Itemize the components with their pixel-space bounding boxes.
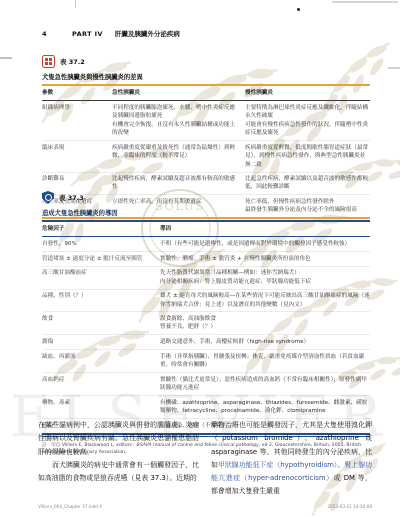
table-37-2-caption: 表 37.2 [42, 55, 370, 68]
column-header: 慢性胰臟炎 [245, 89, 370, 97]
cell-chronic: 比起急性疾病，酵素試驗以及超音波的敏感性都較低，因此較難診斷 [245, 175, 370, 192]
body-right-column: 藥物治療也可能是觸發因子，尤其是犬隻使用溴化鉀（potassium bromid… [211, 419, 372, 499]
cell-factor: 創傷 [42, 338, 152, 346]
column-header: 危險因子 [42, 225, 152, 233]
table-label: 表 37.3 [59, 193, 84, 202]
table-row: 藥物、毒素 有機磷、azathioprine、asparaginase、thia… [42, 396, 370, 419]
cell-param: 組織病理學 [42, 104, 104, 138]
scan-mark [75, 0, 76, 8]
scan-mark [0, 57, 12, 59]
cell-acute: 疾病嚴重度從嚴重及致死性（通常為猛爆性）到輕微、亞臨床的程度（較不常見） [112, 144, 237, 169]
cell-param: 臨床表現 [42, 144, 104, 169]
cell-factor: 高血鈣症 [42, 376, 152, 393]
cell-factor: 缺血、再灌流 [42, 353, 152, 370]
cell-acute: 不同程度的胰臟腺泡壞死、水腫、嗜中性炎症反應及胰臟周邊脂肪壞死 有機會完全恢復，… [112, 104, 237, 138]
table-title: 犬隻急性胰臟炎與慢性胰臟炎的差異 [42, 72, 370, 81]
print-slug-footer: Villiers_004_Chapter 37.indd 4 2023-03-2… [38, 504, 372, 509]
red-grid-table-icon [42, 55, 55, 68]
cell-cause: 雄犬 ± 絕育母犬的風險較高—在某些情況下可能反映出高三酸甘油酯血症的風險（迷你… [160, 292, 370, 309]
cell-acute: 比起慢性疾病，酵素試驗及超音波都有較高的敏感性 [112, 175, 237, 192]
cell-cause: 實驗性；腫瘤；手術 ± 膽管炎 + 在慢性胰臟炎所扮演的角色 [160, 255, 370, 263]
table-row: 品種、性別（？） 雄犬 ± 絕育母犬的風險較高—在某些情況下可能反映出高三酸甘油… [42, 290, 370, 313]
cell-factor: 高三酸甘油酯血症 [42, 269, 152, 286]
column-header: 參數 [42, 89, 104, 97]
cell-cause: 先天性脂質代謝異常（品種相關—例如：迷你雪納瑞犬） 內分泌相關疾病：腎上腺皮質功… [160, 269, 370, 286]
cell-chronic: 主要特徵為淋巴球性炎症反應及纖維化，伴隨結構永久性破壞 可能會有慢性疾病急性發作… [245, 104, 370, 138]
slug-filename: Villiers_004_Chapter 37.indd 4 [38, 504, 102, 509]
cell-factor: 藥物、毒素 [42, 399, 152, 416]
paragraph: 藥物治療也可能是觸發因子，尤其是犬隻使用溴化鉀（potassium bromid… [211, 419, 372, 499]
table-row: 臨床表現 疾病嚴重度從嚴重及致死性（通常為猛爆性）到輕微、亞臨床的程度（較不常見… [42, 141, 370, 172]
part-label: PART IV [72, 30, 103, 38]
table-row: 自發性，90% 不明（有些可能是遺傳性，或是因遺傳而對於環境中的觸發因子感受性較… [42, 237, 370, 252]
cell-factor: 管道堵塞 ± 過度分泌 ± 膽汁反流至胰管 [42, 255, 152, 263]
table-row: 高血鈣症 實驗性（貓比犬更常見）；惡性疾病造成的高血鈣（不常有臨床相關性）；原發… [42, 373, 370, 396]
cell-param: 診斷難易 [42, 175, 104, 192]
cell-cause: 道路交通意外、手術、高樓症候群（high-rise syndrome） [160, 338, 370, 346]
cell-cause: 有機磷、azathioprine、asparaginase、thiazides、… [160, 399, 370, 416]
cell-factor: 自發性，90% [42, 240, 152, 248]
page-number: 4 [42, 30, 72, 38]
cell-cause: 實驗性（貓比犬更常見）；惡性疾病造成的高血鈣（不常有臨床相關性）；原發性副甲狀腺… [160, 376, 370, 393]
book-page: SOLUS ELSEVIER 4 PART IV 肝臟及胰臟外分泌疾病 表 37… [0, 0, 400, 517]
paragraph: 而犬胰臟炎的病史中通常會有一個觸發因子，比如高油脂的食物或是狼吞虎嚥（見表 37… [38, 459, 199, 486]
table-row: 管道堵塞 ± 過度分泌 ± 膽汁反流至胰管 實驗性；腫瘤；手術 ± 膽管炎 + … [42, 252, 370, 267]
table-37-3-block: 表 37.3 造成犬隻急性胰臟炎的導因 危險因子 導因 自發性，90% 不明（有… [42, 191, 370, 456]
table-row: 組織病理學 不同程度的胰臟腺泡壞死、水腫、嗜中性炎症反應及胰臟周邊脂肪壞死 有機… [42, 101, 370, 141]
cell-cause: 手術（非單指胰臟）、胃擴張及扭轉；休克、嚴重免疫媒介型溶血性貧血（若貧血嚴重，時… [160, 353, 370, 370]
body-left-column: 在某些貓病例中，公認胰臟炎與併發的膽管炎、炎症性腸病以及腎臟疾病有關。急性胰臟炎… [38, 419, 199, 499]
cell-factor: 飲食 [42, 315, 152, 332]
table-row: 飲食 誤食廚餘、高油脂飲食 營養不良、肥胖（？） [42, 312, 370, 335]
table-header-row: 參數 急性胰臟炎 慢性胰臟炎 [42, 86, 370, 101]
part-title: 肝臟及胰臟外分泌疾病 [115, 29, 180, 38]
column-header: 急性胰臟炎 [112, 89, 237, 97]
slug-timestamp: 2023-03-21 14:30:08 [328, 504, 372, 509]
table-title: 造成犬隻急性胰臟炎的導因 [42, 208, 370, 217]
cell-cause: 誤食廚餘、高油脂飲食 營養不良、肥胖（？） [160, 315, 370, 332]
cell-cause: 不明（有些可能是遺傳性，或是因遺傳而對於環境中的觸發因子感受性較強） [160, 240, 370, 248]
column-header: 導因 [160, 225, 370, 233]
blue-shield-icon [42, 191, 54, 204]
cell-factor: 品種、性別（？） [42, 292, 152, 309]
table-label: 表 37.2 [60, 57, 85, 66]
body-text: 在某些貓病例中，公認胰臟炎與併發的膽管炎、炎症性腸病以及腎臟疾病有關。急性胰臟炎… [38, 419, 372, 499]
table-header-row: 危險因子 導因 [42, 222, 370, 237]
cell-chronic: 疾病嚴重度從輕微、低度間歇性腸胃道症狀（最常見），到慢性疾病急性發作、與典型急性… [245, 144, 370, 169]
table-row: 高三酸甘油酯血症 先天性脂質代謝異常（品種相關—例如：迷你雪納瑞犬） 內分泌相關… [42, 267, 370, 290]
scan-mark [332, 1, 398, 3]
table-37-3: 危險因子 導因 自發性，90% 不明（有些可能是遺傳性，或是因遺傳而對於環境中的… [42, 220, 370, 435]
registration-dot [297, 8, 300, 11]
table-row: 缺血、再灌流 手術（非單指胰臟）、胃擴張及扭轉；休克、嚴重免疫媒介型溶血性貧血（… [42, 350, 370, 373]
table-37-3-caption: 表 37.3 [42, 191, 370, 204]
link-hypothyroidism[interactable]: 甲狀腺功能低下症（hypothyroidism） [218, 461, 337, 469]
running-header: 4 PART IV 肝臟及胰臟外分泌疾病 [42, 29, 180, 38]
paragraph: 在某些貓病例中，公認胰臟炎與併發的膽管炎、炎症性腸病以及腎臟疾病有關。急性胰臟炎… [38, 419, 199, 459]
table-row: 創傷 道路交通意外、手術、高樓症候群（high-rise syndrome） [42, 335, 370, 350]
scan-mark [388, 67, 400, 69]
